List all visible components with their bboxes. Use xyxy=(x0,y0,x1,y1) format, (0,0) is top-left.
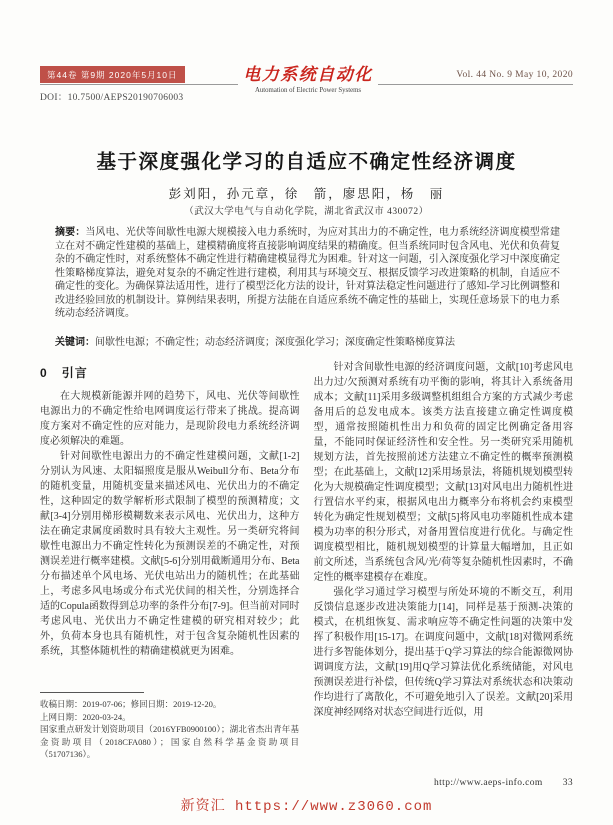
abstract-text: 当风电、光伏等间歇性电源大规模接入电力系统时，为应对其出力的不确定性，电力系统经… xyxy=(55,227,560,319)
journal-name-en: Automation of Electric Power Systems xyxy=(238,87,378,94)
footnote-online-date: 上网日期：2020-03-24。 xyxy=(40,711,299,724)
keywords-label: 关键词： xyxy=(55,337,95,348)
footnote-funding: 国家重点研发计划资助项目（2016YFB0900100）；湖北省杰出青年基金资助… xyxy=(40,723,299,761)
header-rule-right xyxy=(378,84,573,85)
body-paragraph: 强化学习通过学习模型与所处环境的不断交互，利用反馈信息逐步改进决策能力[14]，… xyxy=(314,585,574,720)
abstract-block: 摘要：当风电、光伏等间歇性电源大规模接入电力系统时，为应对其出力的不确定性，电力… xyxy=(55,226,560,321)
body-paragraph: 针对间歇性电源出力的不确定性建模问题，文献[1-2]分别认为风速、太阳辐照度是服… xyxy=(40,449,300,659)
abstract-label: 摘要： xyxy=(55,227,85,238)
issue-info-english: Vol. 44 No. 9 May 10, 2020 xyxy=(456,70,573,80)
section-title: 引言 xyxy=(62,366,88,380)
journal-name-cn: 电力系统自动化 xyxy=(238,60,378,85)
body-paragraph: 针对含间歇性电源的经济调度问题，文献[10]考虑风电出力过/欠预测对系统有功平衡… xyxy=(314,360,574,585)
watermark-link[interactable]: 新资汇 https://www.z3060.com xyxy=(0,795,613,815)
right-column: 针对含间歇性电源的经济调度问题，文献[10]考虑风电出力过/欠预测对系统有功平衡… xyxy=(314,360,574,720)
keywords-block: 关键词：间歇性电源；不确定性；动态经济调度；深度强化学习；深度确定性策略梯度算法 xyxy=(55,336,560,350)
section-heading-introduction: 0引言 xyxy=(40,364,300,381)
footnote-divider xyxy=(40,692,144,693)
paper-page: 第44卷 第9期 2020年5月10日 DOI：10.7500/AEPS2019… xyxy=(0,0,613,825)
page-title: 基于深度强化学习的自适应不确定性经济调度 xyxy=(0,146,613,174)
section-number: 0 xyxy=(40,366,48,380)
authors-line: 彭刘阳，孙元章，徐 箭，廖思阳，杨 丽 xyxy=(0,184,613,202)
header-rule-left xyxy=(40,84,238,85)
page-footer: http://www.aeps-info.com33 xyxy=(434,778,573,788)
keywords-text: 间歇性电源；不确定性；动态经济调度；深度强化学习；深度确定性策略梯度算法 xyxy=(95,337,455,348)
footnote-block: 收稿日期：2019-07-06；修回日期：2019-12-20。 上网日期：20… xyxy=(40,692,299,761)
journal-url-link[interactable]: http://www.aeps-info.com xyxy=(434,778,543,788)
affiliation-line: （武汉大学电气与自动化学院，湖北省武汉市 430072） xyxy=(0,203,613,217)
page-number: 33 xyxy=(563,778,573,788)
body-columns: 0引言 在大规模新能源并网的趋势下，风电、光伏等间歇性电源出力的不确定性给电网调… xyxy=(40,360,573,720)
doi-text: DOI：10.7500/AEPS20190706003 xyxy=(40,89,183,103)
body-paragraph: 在大规模新能源并网的趋势下，风电、光伏等间歇性电源出力的不确定性给电网调度运行带… xyxy=(40,389,300,449)
issue-info-badge: 第44卷 第9期 2020年5月10日 xyxy=(40,66,185,83)
journal-logo: 电力系统自动化 Automation of Electric Power Sys… xyxy=(238,60,378,94)
footnote-received-date: 收稿日期：2019-07-06；修回日期：2019-12-20。 xyxy=(40,698,299,711)
left-column: 0引言 在大规模新能源并网的趋势下，风电、光伏等间歇性电源出力的不确定性给电网调… xyxy=(40,360,300,720)
